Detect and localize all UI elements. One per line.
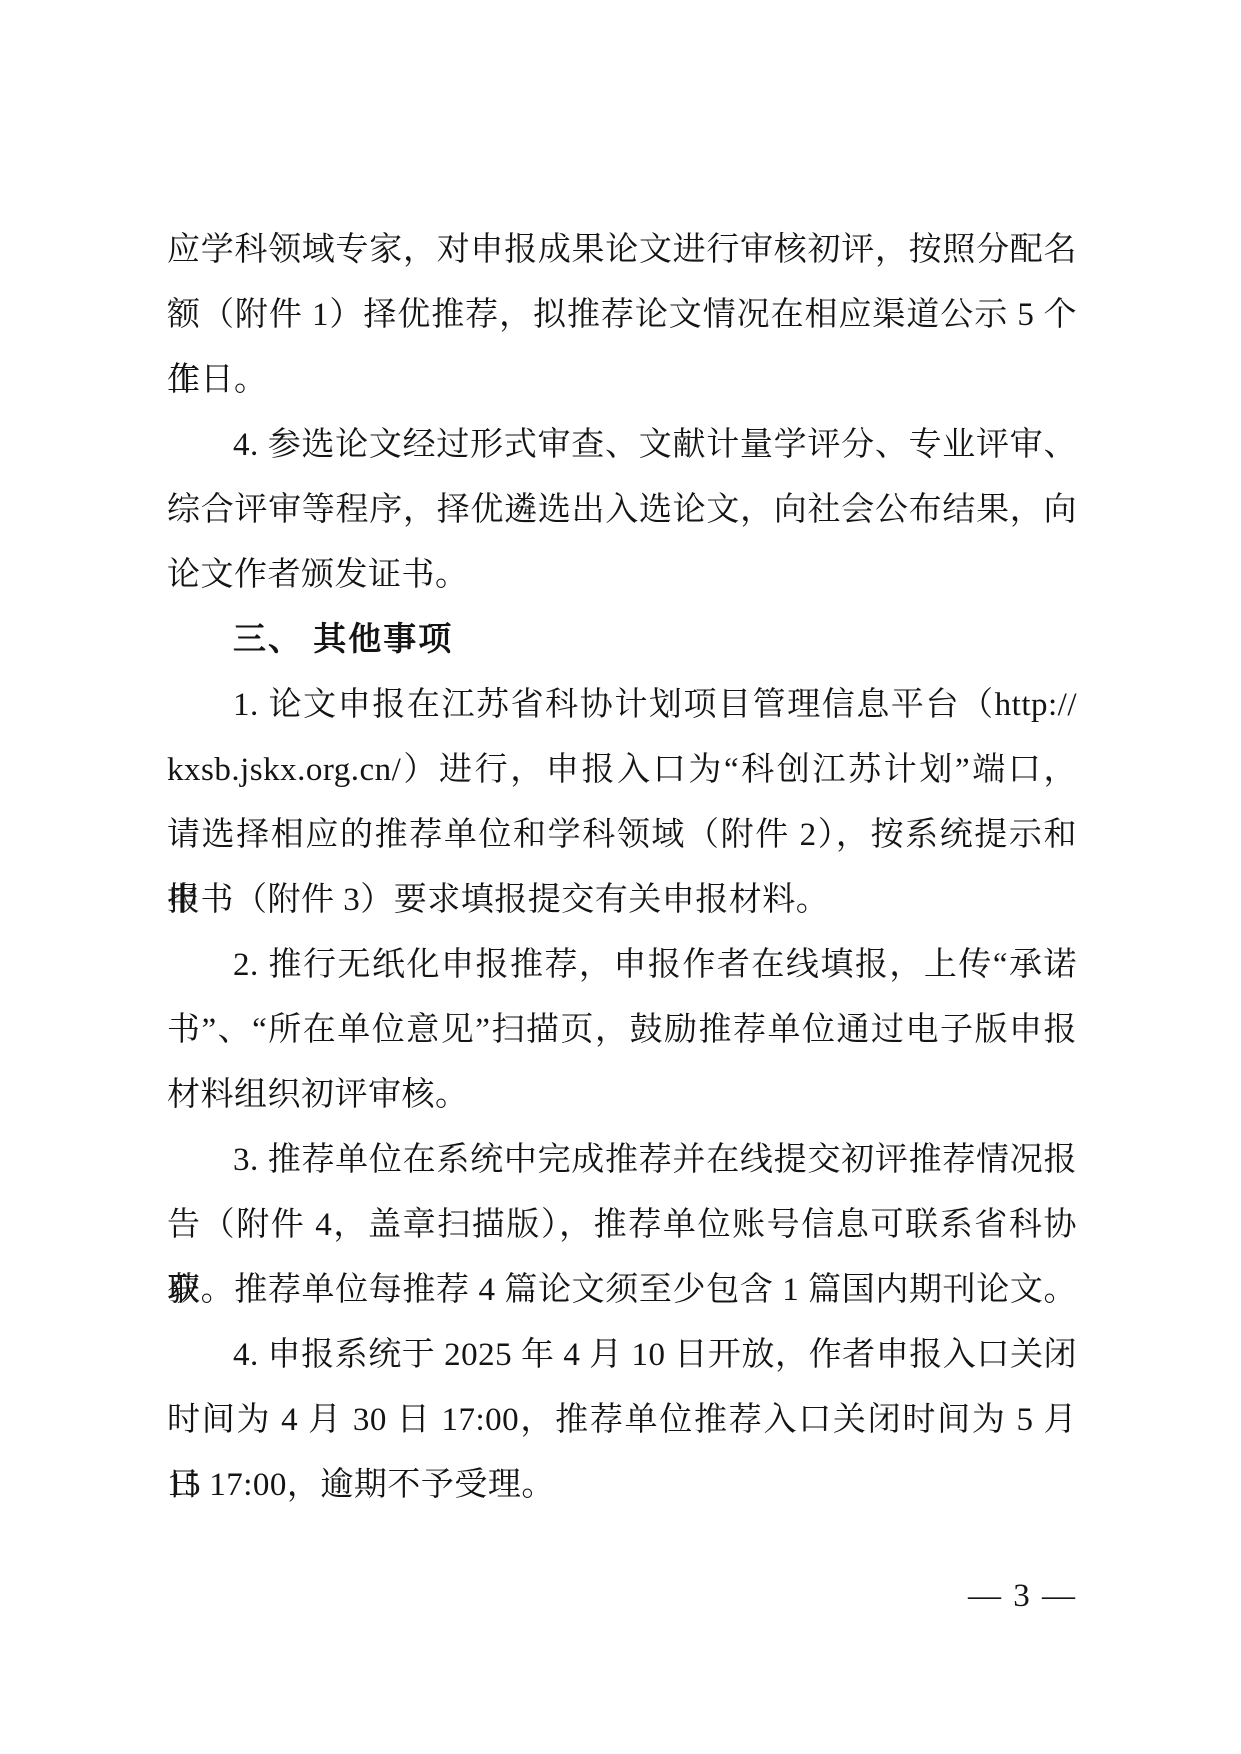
section-heading: 三、 其他事项 [167, 608, 1077, 673]
text-line: 材料组织初评审核。 [167, 1063, 1077, 1128]
text-line: 4. 申报系统于 2025 年 4 月 10 日开放，作者申报入口关闭 [167, 1323, 1077, 1388]
text-line: 时间为 4 月 30 日 17:00，推荐单位推荐入口关闭时间为 5 月 15 [167, 1388, 1077, 1453]
text-line: 应学科领域专家，对申报成果论文进行审核初评，按照分配名 [167, 218, 1077, 283]
text-line: 作日。 [167, 348, 1077, 413]
text-line: 额（附件 1）择优推荐，拟推荐论文情况在相应渠道公示 5 个工 [167, 283, 1077, 348]
text-line: 4. 参选论文经过形式审查、文献计量学评分、专业评审、 [167, 413, 1077, 478]
text-line: 3. 推荐单位在系统中完成推荐并在线提交初评推荐情况报 [167, 1128, 1077, 1193]
text-line: kxsb.jskx.org.cn/）进行，申报入口为“科创江苏计划”端口， [167, 738, 1077, 803]
text-line: 日 17:00，逾期不予受理。 [167, 1453, 1077, 1518]
text-line: 取。推荐单位每推荐 4 篇论文须至少包含 1 篇国内期刊论文。 [167, 1258, 1077, 1323]
page-number: — 3 — [167, 1576, 1077, 1616]
text-line: 2. 推行无纸化申报推荐，申报作者在线填报，上传“承诺 [167, 933, 1077, 998]
text-line: 1. 论文申报在江苏省科协计划项目管理信息平台（http:// [167, 673, 1077, 738]
text-line: 报书（附件 3）要求填报提交有关申报材料。 [167, 868, 1077, 933]
document-page: 应学科领域专家，对申报成果论文进行审核初评，按照分配名额（附件 1）择优推荐，拟… [0, 0, 1241, 1754]
document-body: 应学科领域专家，对申报成果论文进行审核初评，按照分配名额（附件 1）择优推荐，拟… [167, 218, 1077, 1518]
text-line: 综合评审等程序，择优遴选出入选论文，向社会公布结果，向 [167, 478, 1077, 543]
text-line: 论文作者颁发证书。 [167, 543, 1077, 608]
text-line: 告（附件 4，盖章扫描版），推荐单位账号信息可联系省科协获 [167, 1193, 1077, 1258]
text-line: 请选择相应的推荐单位和学科领域（附件 2），按系统提示和申 [167, 803, 1077, 868]
text-line: 书”、“所在单位意见”扫描页，鼓励推荐单位通过电子版申报 [167, 998, 1077, 1063]
